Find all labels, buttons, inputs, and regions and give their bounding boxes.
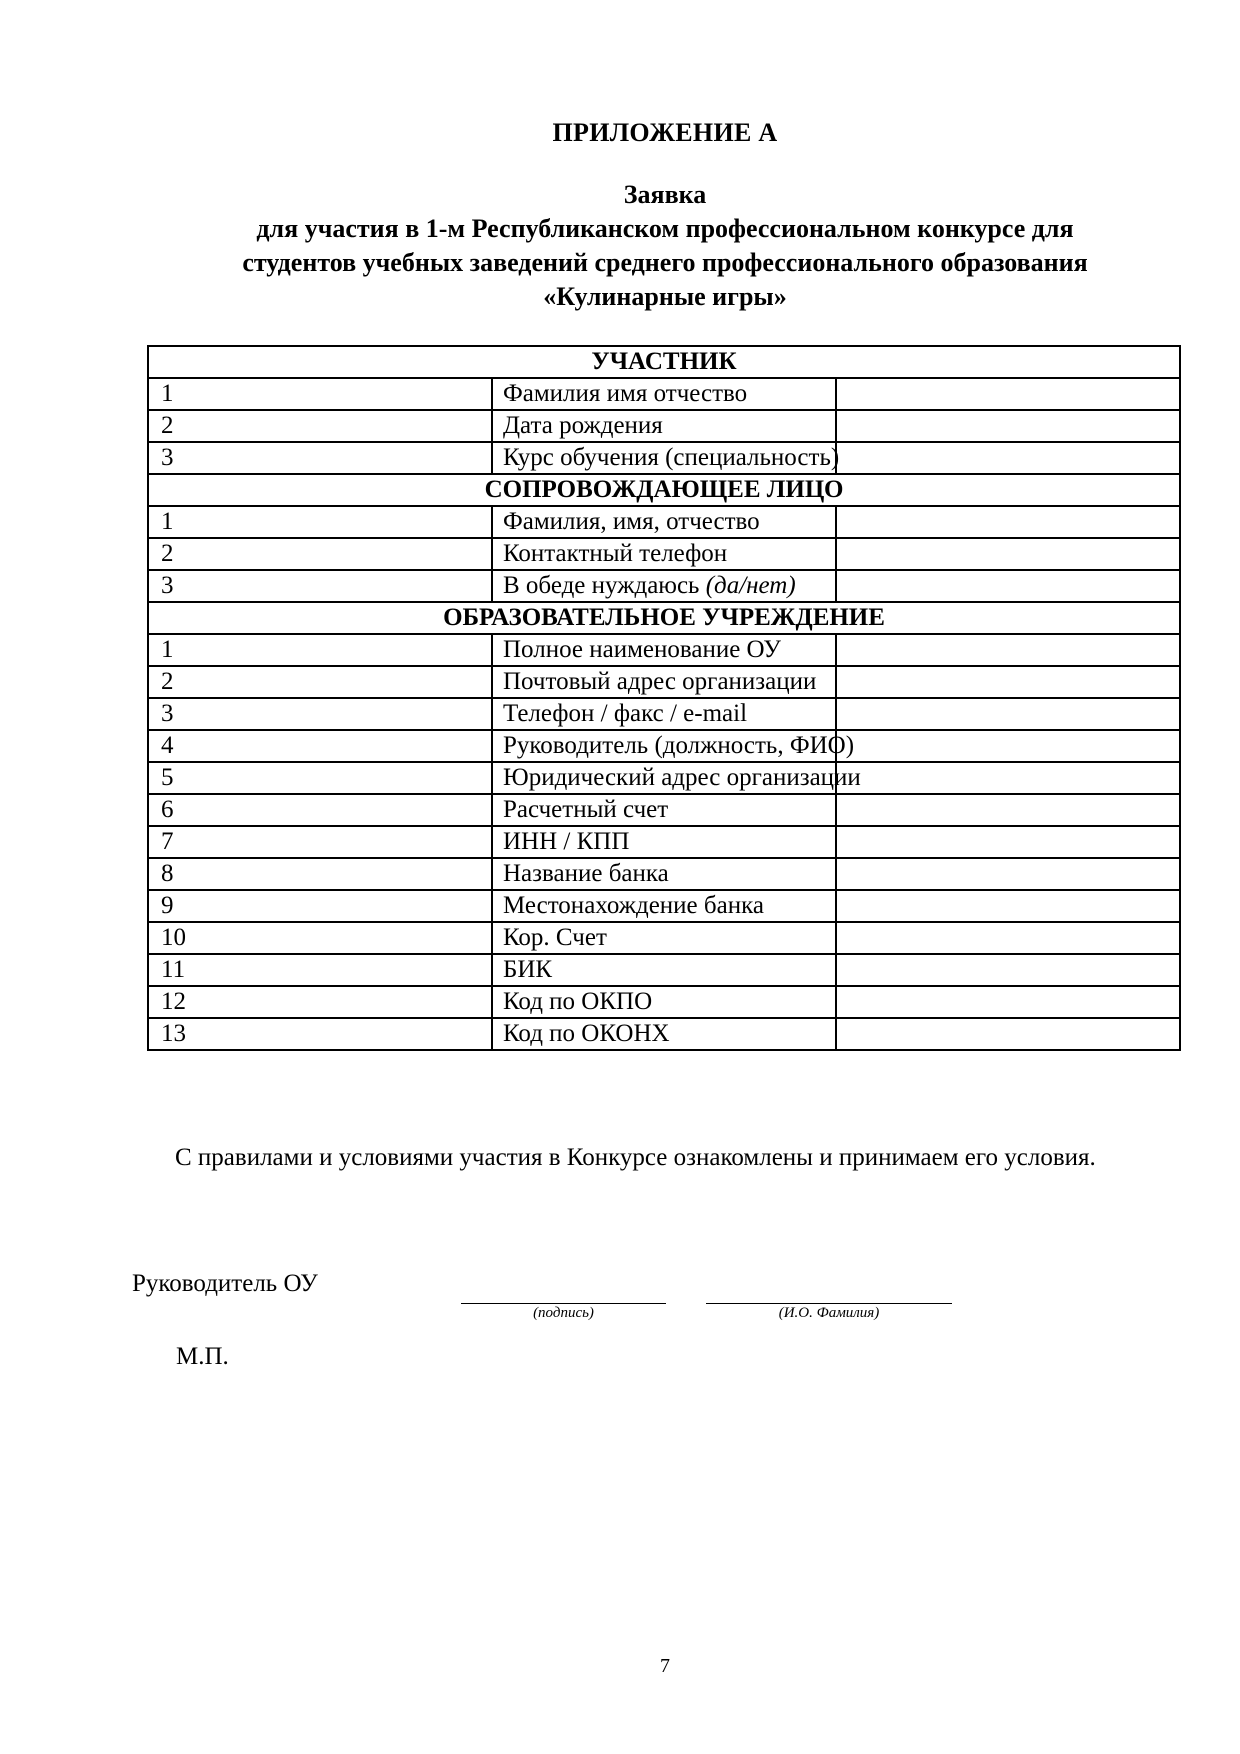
- table-row: 2Дата рождения: [148, 410, 1180, 442]
- section-title: ОБРАЗОВАТЕЛЬНОЕ УЧРЕЖДЕНИЕ: [148, 602, 1180, 634]
- appendix-title: ПРИЛОЖЕНИЕ А: [0, 118, 1240, 148]
- field-label: Фамилия имя отчество: [492, 378, 836, 410]
- field-label: Контактный телефон: [492, 538, 836, 570]
- field-label: БИК: [492, 954, 836, 986]
- table-row: 2Почтовый адрес организации: [148, 666, 1180, 698]
- field-label-text: БИК: [503, 956, 552, 983]
- name-caption: (И.О. Фамилия): [706, 1305, 952, 1322]
- table-row: 5Юридический адрес организации: [148, 762, 1180, 794]
- field-value-cell[interactable]: [836, 954, 1180, 986]
- field-value-cell[interactable]: [836, 794, 1180, 826]
- field-label-text: Руководитель (должность, ФИО): [503, 732, 854, 759]
- field-label: Телефон / факс / e-mail: [492, 698, 836, 730]
- row-number: 2: [148, 410, 492, 442]
- field-value-cell[interactable]: [836, 986, 1180, 1018]
- signature-line[interactable]: [461, 1303, 666, 1304]
- field-value-cell[interactable]: [836, 762, 1180, 794]
- table-row: 13Код по ОКОНХ: [148, 1018, 1180, 1050]
- row-number: 3: [148, 570, 492, 602]
- field-label-text: Телефон / факс / e-mail: [503, 700, 747, 727]
- row-number: 13: [148, 1018, 492, 1050]
- field-label-text: Местонахождение банка: [503, 892, 764, 919]
- table-row: 1Фамилия, имя, отчество: [148, 506, 1180, 538]
- field-value-cell[interactable]: [836, 730, 1180, 762]
- table-row: 1Полное наименование ОУ: [148, 634, 1180, 666]
- row-number: 6: [148, 794, 492, 826]
- heading-line: студентов учебных заведений среднего про…: [150, 246, 1180, 280]
- field-label: Юридический адрес организации: [492, 762, 836, 794]
- table-row: 9Местонахождение банка: [148, 890, 1180, 922]
- field-value-cell[interactable]: [836, 634, 1180, 666]
- stamp-label: М.П.: [176, 1343, 229, 1371]
- table-row: 10Кор. Счет: [148, 922, 1180, 954]
- field-label: Код по ОКПО: [492, 986, 836, 1018]
- row-number: 4: [148, 730, 492, 762]
- field-label: Фамилия, имя, отчество: [492, 506, 836, 538]
- agreement-statement: С правилами и условиями участия в Конкур…: [102, 1138, 1182, 1178]
- field-value-cell[interactable]: [836, 538, 1180, 570]
- row-number: 3: [148, 442, 492, 474]
- field-label-text: Фамилия имя отчество: [503, 380, 747, 407]
- row-number: 2: [148, 666, 492, 698]
- field-value-cell[interactable]: [836, 1018, 1180, 1050]
- table-row: 3Курс обучения (специальность): [148, 442, 1180, 474]
- field-label-text: Расчетный счет: [503, 796, 668, 823]
- table-row: 3В обеде нуждаюсь (да/нет): [148, 570, 1180, 602]
- field-value-cell[interactable]: [836, 858, 1180, 890]
- field-label-text: Код по ОКПО: [503, 988, 652, 1015]
- row-number: 12: [148, 986, 492, 1018]
- heading-line: «Кулинарные игры»: [150, 280, 1180, 314]
- field-label-text: Название банка: [503, 860, 669, 887]
- field-value-cell[interactable]: [836, 378, 1180, 410]
- field-label-hint: (да/нет): [706, 572, 796, 599]
- row-number: 1: [148, 506, 492, 538]
- row-number: 1: [148, 634, 492, 666]
- field-label-text: В обеде нуждаюсь: [503, 572, 706, 599]
- table-row: 3Телефон / факс / e-mail: [148, 698, 1180, 730]
- row-number: 7: [148, 826, 492, 858]
- signature-caption: (подпись): [461, 1305, 666, 1322]
- row-number: 1: [148, 378, 492, 410]
- field-label-text: Кор. Счет: [503, 924, 607, 951]
- field-label: Руководитель (должность, ФИО): [492, 730, 836, 762]
- section-title: УЧАСТНИК: [148, 346, 1180, 378]
- field-label-text: Почтовый адрес организации: [503, 668, 816, 695]
- heading-line: для участия в 1-м Республиканском профес…: [150, 212, 1180, 246]
- field-value-cell[interactable]: [836, 698, 1180, 730]
- field-label: Полное наименование ОУ: [492, 634, 836, 666]
- table-row: 4Руководитель (должность, ФИО): [148, 730, 1180, 762]
- table-row: 6Расчетный счет: [148, 794, 1180, 826]
- page-number: 7: [640, 1655, 690, 1678]
- field-label: Название банка: [492, 858, 836, 890]
- field-label-text: Код по ОКОНХ: [503, 1020, 670, 1047]
- field-value-cell[interactable]: [836, 506, 1180, 538]
- table-row: 8Название банка: [148, 858, 1180, 890]
- field-label-text: Дата рождения: [503, 412, 663, 439]
- field-value-cell[interactable]: [836, 410, 1180, 442]
- row-number: 11: [148, 954, 492, 986]
- table-row: 7ИНН / КПП: [148, 826, 1180, 858]
- field-value-cell[interactable]: [836, 922, 1180, 954]
- field-label-text: Контактный телефон: [503, 540, 727, 567]
- row-number: 3: [148, 698, 492, 730]
- section-title: СОПРОВОЖДАЮЩЕЕ ЛИЦО: [148, 474, 1180, 506]
- row-number: 10: [148, 922, 492, 954]
- field-label: Почтовый адрес организации: [492, 666, 836, 698]
- table-row: 2Контактный телефон: [148, 538, 1180, 570]
- field-label: Расчетный счет: [492, 794, 836, 826]
- field-label: Курс обучения (специальность): [492, 442, 836, 474]
- field-value-cell[interactable]: [836, 442, 1180, 474]
- row-number: 9: [148, 890, 492, 922]
- field-label: В обеде нуждаюсь (да/нет): [492, 570, 836, 602]
- name-line[interactable]: [706, 1303, 952, 1304]
- field-label: ИНН / КПП: [492, 826, 836, 858]
- field-value-cell[interactable]: [836, 570, 1180, 602]
- heading-line: Заявка: [150, 178, 1180, 212]
- field-label-text: Курс обучения (специальность): [503, 444, 839, 471]
- field-value-cell[interactable]: [836, 826, 1180, 858]
- field-value-cell[interactable]: [836, 666, 1180, 698]
- table-row: 1Фамилия имя отчество: [148, 378, 1180, 410]
- field-label: Местонахождение банка: [492, 890, 836, 922]
- table-row: 11БИК: [148, 954, 1180, 986]
- row-number: 2: [148, 538, 492, 570]
- section-header-row: СОПРОВОЖДАЮЩЕЕ ЛИЦО: [148, 474, 1180, 506]
- row-number: 5: [148, 762, 492, 794]
- section-header-row: УЧАСТНИК: [148, 346, 1180, 378]
- signer-label: Руководитель ОУ: [132, 1270, 318, 1298]
- field-label: Дата рождения: [492, 410, 836, 442]
- field-label: Кор. Счет: [492, 922, 836, 954]
- field-label-text: Полное наименование ОУ: [503, 636, 781, 663]
- table-row: 12Код по ОКПО: [148, 986, 1180, 1018]
- field-value-cell[interactable]: [836, 890, 1180, 922]
- application-heading: Заявка для участия в 1-м Республиканском…: [150, 178, 1180, 314]
- application-form-table: УЧАСТНИК1Фамилия имя отчество2Дата рожде…: [147, 345, 1181, 1051]
- field-label-text: ИНН / КПП: [503, 828, 629, 855]
- field-label-text: Фамилия, имя, отчество: [503, 508, 760, 535]
- field-label-text: Юридический адрес организации: [503, 764, 861, 791]
- section-header-row: ОБРАЗОВАТЕЛЬНОЕ УЧРЕЖДЕНИЕ: [148, 602, 1180, 634]
- field-label: Код по ОКОНХ: [492, 1018, 836, 1050]
- row-number: 8: [148, 858, 492, 890]
